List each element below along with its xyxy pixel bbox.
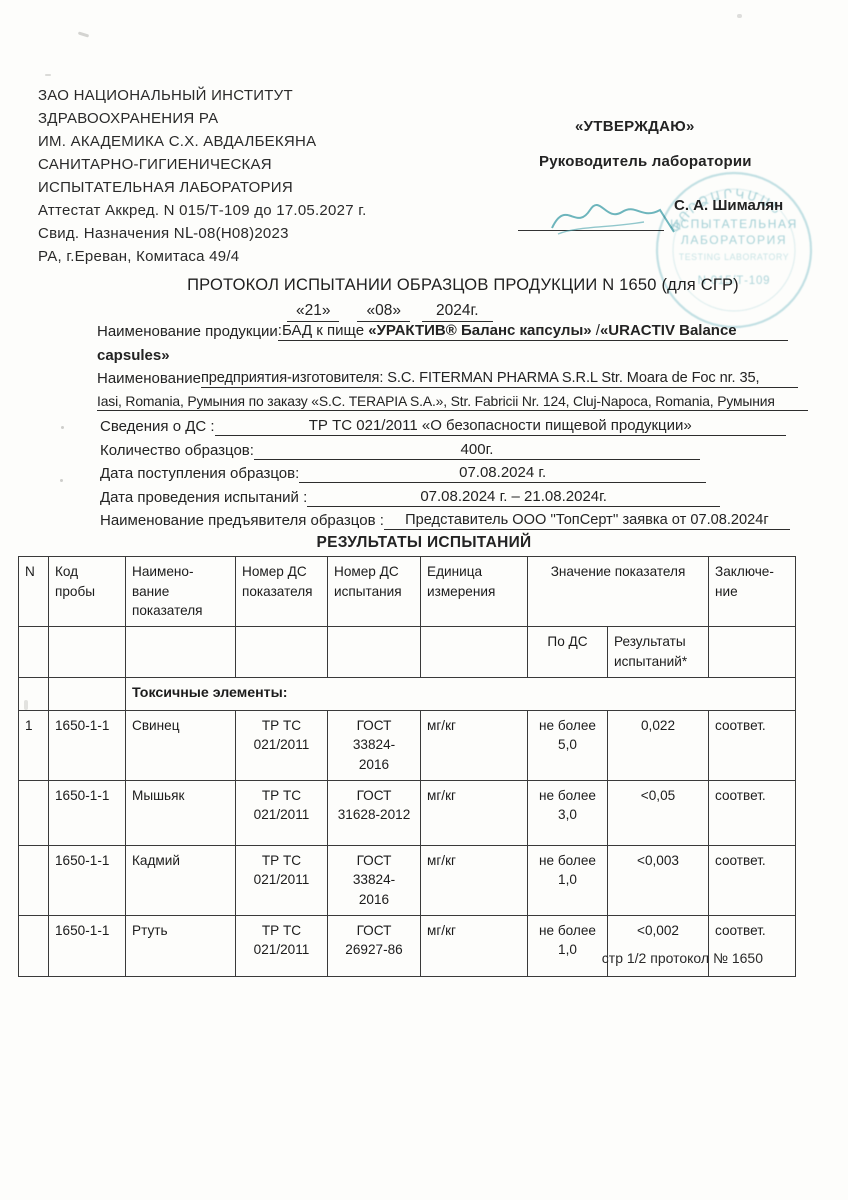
cell-code: 1650-1-1 [49,780,126,845]
cell-conclusion: соответ. [709,780,796,845]
table-row: 1650-1-1 Кадмий ТР ТС 021/2011 ГОСТ 3382… [19,845,796,915]
field-presenter: Наименование предъявителя образцов : Пре… [100,512,790,530]
lab-stamp: ՓՈՐՁԱՐԿՄԱՆ ИСПЫТАТЕЛЬНАЯ ЛАБОРАТОРИЯ TES… [652,168,816,332]
organization-block: ЗАО НАЦИОНАЛЬНЫЙ ИНСТИТУТ ЗДРАВООХРАНЕНИ… [38,84,468,268]
cell-unit: мг/кг [421,780,528,845]
address-line: РА, г.Ереван, Комитаса 49/4 [38,245,468,268]
table-header-row-2: По ДС Результаты испытаний* [19,627,796,677]
stamp-line-testing-lab-ru1: ИСПЫТАТЕЛЬНАЯ [670,217,798,231]
field-label: Количество образцов: [100,442,254,460]
cell-test-num: ГОСТ 33824- 2016 [328,845,421,915]
scan-artifact [78,31,89,37]
field-value: 400г. [254,441,700,460]
cell-ds-num: ТР ТС 021/2011 [236,915,328,976]
org-line: САНИТАРНО-ГИГИЕНИЧЕСКАЯ [38,153,468,176]
cell-ds-num: ТР ТС 021/2011 [236,845,328,915]
field-manufacturer: Наименование предприятия-изготовителя: S… [97,370,798,388]
cell-limit: не более 5,0 [528,710,608,780]
cell-result: <0,002 [608,915,709,976]
cell-name: Кадмий [126,845,236,915]
field-value: предприятия-изготовителя: S.C. FITERMAN … [201,370,798,388]
page-footer: стр 1/2 протокол № 1650 [602,950,763,966]
scan-artifact [45,74,51,76]
cell-code: 1650-1-1 [49,915,126,976]
table-row: 1650-1-1 Ртуть ТР ТС 021/2011 ГОСТ 26927… [19,915,796,976]
cell-unit: мг/кг [421,710,528,780]
header-value-group: Значение показателя [528,557,709,627]
empty-cell [49,677,126,710]
cell-n [19,915,49,976]
cell-code: 1650-1-1 [49,845,126,915]
cell-name: Ртуть [126,915,236,976]
cell-result: 0,022 [608,710,709,780]
field-label: Дата проведения испытаний : [100,489,307,507]
section-row: Токсичные элементы: [19,677,796,710]
empty-cell [236,627,328,677]
table-header-row-1: N Код пробы Наимено- вание показателя Но… [19,557,796,627]
date-year: 2024г. [422,302,493,322]
scan-artifact [61,426,64,429]
cell-code: 1650-1-1 [49,710,126,780]
empty-cell [421,627,528,677]
field-date-received: Дата поступления образцов: 07.08.2024 г. [100,464,706,483]
cell-conclusion: соответ. [709,710,796,780]
header-unit: Единица измерения [421,557,528,627]
field-label: Сведения о ДС : [100,418,215,436]
empty-cell [19,677,49,710]
header-sample-code: Код пробы [49,557,126,627]
empty-cell [49,627,126,677]
stamp-line-testing-lab-ru2: ЛАБОРАТОРИЯ [681,233,787,247]
org-line: ЗАО НАЦИОНАЛЬНЫЙ ИНСТИТУТ [38,84,468,107]
empty-cell [328,627,421,677]
stamp-line-number: N 015/Т-109 [698,275,771,287]
cell-n: 1 [19,710,49,780]
cell-ds-num: ТР ТС 021/2011 [236,710,328,780]
cell-test-num: ГОСТ 31628-2012 [328,780,421,845]
header-ds-number: Номер ДС показателя [236,557,328,627]
org-line: ИСПЫТАТЕЛЬНАЯ ЛАБОРАТОРИЯ [38,176,468,199]
field-label: Наименование продукции [97,323,278,341]
date-month: «08» [357,302,409,322]
field-value: 07.08.2024 г. – 21.08.2024г. [307,488,720,507]
header-test-number: Номер ДС испытания [328,557,421,627]
cell-name: Мышьяк [126,780,236,845]
cell-result: <0,003 [608,845,709,915]
empty-cell [19,627,49,677]
approve-label: «УТВЕРЖДАЮ» [575,118,695,135]
field-quantity: Количество образцов: 400г. [100,441,700,460]
field-label: Наименование предъявителя образцов : [100,512,384,530]
cell-unit: мг/кг [421,845,528,915]
cell-ds-num: ТР ТС 021/2011 [236,780,328,845]
field-product-continuation: capsules» [97,347,170,364]
header-indicator-name: Наимено- вание показателя [126,557,236,627]
cell-conclusion: соответ. [709,915,796,976]
table-row: 1650-1-1 Мышьяк ТР ТС 021/2011 ГОСТ 3162… [19,780,796,845]
cell-n [19,845,49,915]
field-value: 07.08.2024 г. [299,464,706,483]
cell-n [19,780,49,845]
field-ds-info: Сведения о ДС : ТР ТС 021/2011 «О безопа… [100,417,786,436]
stamp-line-testing-lab-en: TESTING LABORATORY [679,252,790,262]
field-manufacturer-continuation: Iasi, Romania, Румыния по заказу «S.C. T… [97,393,808,411]
field-value: ТР ТС 021/2011 «О безопасности пищевой п… [215,417,786,436]
cell-name: Свинец [126,710,236,780]
header-by-ds: По ДС [528,627,608,677]
field-date-tested: Дата проведения испытаний : 07.08.2024 г… [100,488,720,507]
org-line: ЗДРАВООХРАНЕНИЯ РА [38,107,468,130]
protocol-date: «21»«08»2024г. [287,302,493,322]
scan-artifact [737,14,742,18]
cell-limit: не более 1,0 [528,845,608,915]
table-row: 1 1650-1-1 Свинец ТР ТС 021/2011 ГОСТ 33… [19,710,796,780]
empty-cell [709,627,796,677]
cell-limit: не более 3,0 [528,780,608,845]
cell-unit: мг/кг [421,915,528,976]
cell-limit: не более 1,0 [528,915,608,976]
section-title: Токсичные элементы: [126,677,796,710]
cell-test-num: ГОСТ 26927-86 [328,915,421,976]
date-day: «21» [287,302,339,322]
cell-test-num: ГОСТ 33824- 2016 [328,710,421,780]
scan-artifact [60,479,63,482]
results-table: N Код пробы Наимено- вание показателя Но… [18,556,796,977]
header-n: N [19,557,49,627]
field-value: Представитель ООО ''ТопСерт'' заявка от … [384,512,790,530]
accreditation-line: Аттестат Аккред. N 015/Т-109 до 17.05.20… [38,199,468,222]
field-label: Наименование [97,370,201,388]
header-conclusion: Заключе- ние [709,557,796,627]
field-label: Дата поступления образцов: [100,465,299,483]
cell-conclusion: соответ. [709,845,796,915]
certificate-line: Свид. Назначения NԼ-08(Н08)2023 [38,222,468,245]
cell-result: <0,05 [608,780,709,845]
header-test-results: Результаты испытаний* [608,627,709,677]
results-title: РЕЗУЛЬТАТЫ ИСПЫТАНИЙ [0,534,848,552]
org-line: ИМ. АКАДЕМИКА С.Х. АВДАЛБЕКЯНА [38,130,468,153]
scanned-protocol-page: ЗАО НАЦИОНАЛЬНЫЙ ИНСТИТУТ ЗДРАВООХРАНЕНИ… [0,0,848,1200]
empty-cell [126,627,236,677]
